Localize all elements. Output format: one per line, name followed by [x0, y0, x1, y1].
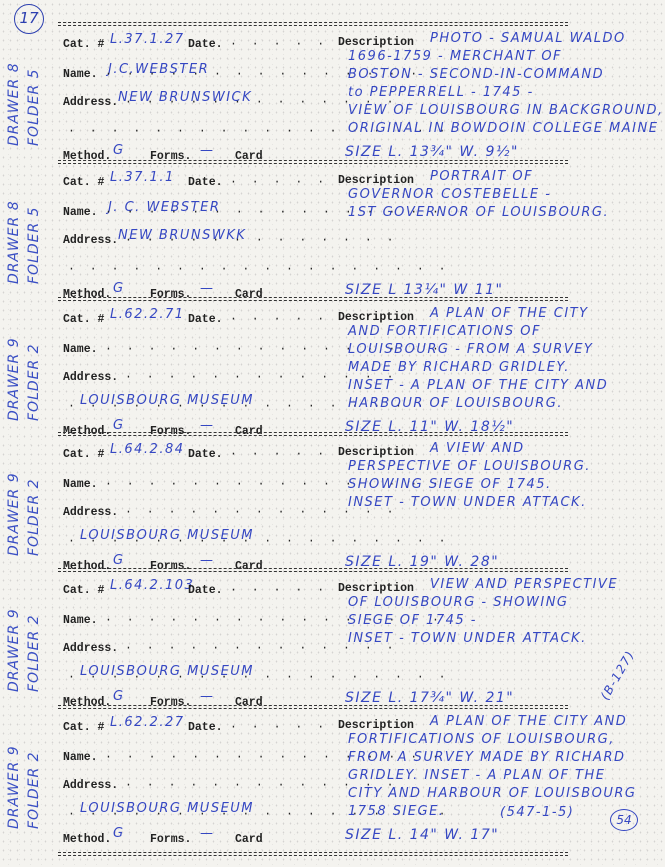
description-line: BOSTON - SECOND-IN-COMMAND [348, 66, 664, 84]
forms-value: — [200, 689, 215, 704]
description-line: PORTRAIT OF [348, 168, 609, 186]
drawer-folder-note: DRAWER 9 FOLDER 2 [4, 582, 54, 692]
address-line2-dots: · · · · · · · · · · · · · · · · · · [68, 535, 450, 548]
method-value: G [113, 826, 125, 841]
forms-value: — [200, 826, 215, 841]
cat-label: Cat. # [63, 313, 104, 326]
date-label: Date. [188, 721, 223, 734]
drawer-label: DRAWER 8 [6, 62, 22, 146]
drawer-folder-note: DRAWER 9 FOLDER 2 [4, 446, 54, 556]
size-value: SIZE L 13¼" W 11" [345, 282, 503, 298]
card-top-rule [58, 297, 568, 301]
method-value: G [113, 281, 125, 296]
description-text: VIEW AND PERSPECTIVEOF LOUISBOURG - SHOW… [348, 576, 618, 648]
date-label: Date. [188, 38, 223, 51]
address-line2-dots: · · · · · · · · · · · · · · · · · · [68, 263, 450, 276]
address-label: Address. [63, 642, 118, 655]
date-dots: · · · · · · [230, 313, 350, 326]
forms-value: — [200, 553, 215, 568]
drawer-label: DRAWER 9 [6, 608, 22, 692]
card-top-rule [58, 568, 568, 572]
card-top-rule [58, 432, 568, 436]
name-label: Name. [63, 206, 98, 219]
forms-value: — [200, 418, 215, 433]
drawer-label: DRAWER 9 [6, 472, 22, 556]
drawer-folder-note: DRAWER 8 FOLDER 5 [4, 174, 54, 284]
name-label: Name. [63, 614, 98, 627]
date-dots: · · · · · · [230, 176, 350, 189]
address-label: Address. [63, 506, 118, 519]
card-top-rule [58, 160, 568, 164]
size-value: SIZE L. 13¾" W. 9½" [345, 144, 519, 160]
description-line: 1ST GOVERNOR OF LOUISBOURG. [348, 204, 609, 222]
description-line: HARBOUR OF LOUISBOURG. [348, 395, 608, 413]
drawer-label: DRAWER 9 [6, 337, 22, 421]
description-line: 1758 SIEGE. [348, 803, 637, 821]
cat-label: Cat. # [63, 448, 104, 461]
address-label: Address. [63, 96, 118, 109]
folder-label: FOLDER 2 [26, 478, 42, 556]
forms-value: — [200, 143, 215, 158]
cat-label: Cat. # [63, 721, 104, 734]
method-value: G [113, 143, 125, 158]
description-text: PHOTO - SAMUAL WALDO1696-1759 - MERCHANT… [348, 30, 664, 138]
size-value: SIZE L. 14" W. 17" [345, 827, 499, 843]
bottom-rule [58, 852, 568, 856]
description-line: ORIGINAL IN BOWDOIN COLLEGE MAINE [348, 120, 664, 138]
cat-label: Cat. # [63, 584, 104, 597]
description-line: PERSPECTIVE OF LOUISBOURG. [348, 458, 591, 476]
description-line: SIEGE OF 1745 - [348, 612, 618, 630]
description-text: A PLAN OF THE CITYAND FORTIFICATIONS OFL… [348, 305, 608, 413]
date-dots: · · · · · · [230, 38, 350, 51]
address-dots: · · · · · · · · · · · · · [125, 234, 398, 247]
card-label: Card [235, 833, 263, 846]
description-line: A PLAN OF THE CITY [348, 305, 608, 323]
description-text: A PLAN OF THE CITY ANDFORTIFICATIONS OF … [348, 713, 637, 821]
catalog-number: L.64.2.84 [110, 442, 185, 457]
description-line: INSET - A PLAN OF THE CITY AND [348, 377, 608, 395]
drawer-label: DRAWER 9 [6, 745, 22, 829]
description-line: SHOWING SIEGE OF 1745. [348, 476, 591, 494]
description-text: A VIEW ANDPERSPECTIVE OF LOUISBOURG.SHOW… [348, 440, 591, 512]
catalog-number: L.37.1.1 [110, 170, 175, 185]
date-dots: · · · · · · [230, 448, 350, 461]
circled-page-note: 54 [610, 809, 638, 831]
name-label: Name. [63, 478, 98, 491]
description-line: MADE BY RICHARD GRIDLEY. [348, 359, 608, 377]
drawer-folder-note: DRAWER 8 FOLDER 5 [4, 36, 54, 146]
description-line: VIEW AND PERSPECTIVE [348, 576, 618, 594]
name-label: Name. [63, 343, 98, 356]
description-line: 1696-1759 - MERCHANT OF [348, 48, 664, 66]
folder-label: FOLDER 2 [26, 751, 42, 829]
description-line: A PLAN OF THE CITY AND [348, 713, 637, 731]
drawer-folder-note: DRAWER 9 FOLDER 2 [4, 719, 54, 829]
name-label: Name. [63, 68, 98, 81]
date-dots: · · · · · · [230, 721, 350, 734]
method-value: G [113, 553, 125, 568]
folder-label: FOLDER 5 [26, 68, 42, 146]
description-line: AND FORTIFICATIONS OF [348, 323, 608, 341]
description-line: GOVERNOR COSTEBELLE - [348, 186, 609, 204]
catalog-number: L.64.2.103 [110, 578, 194, 593]
description-line: FROM A SURVEY MADE BY RICHARD [348, 749, 637, 767]
drawer-folder-note: DRAWER 9 FOLDER 2 [4, 311, 54, 421]
date-label: Date. [188, 313, 223, 326]
address-label: Address. [63, 234, 118, 247]
description-line: OF LOUISBOURG - SHOWING [348, 594, 618, 612]
page-number-circle: 17 [14, 4, 44, 34]
folder-label: FOLDER 2 [26, 343, 42, 421]
description-line: FORTIFICATIONS OF LOUISBOURG, [348, 731, 637, 749]
description-line: INSET - TOWN UNDER ATTACK. [348, 630, 618, 648]
forms-label: Forms. [150, 833, 191, 846]
catalog-number: L.62.2.27 [110, 715, 185, 730]
date-dots: · · · · · · [230, 584, 350, 597]
cat-label: Cat. # [63, 176, 104, 189]
catalog-number: L.37.1.27 [110, 32, 185, 47]
description-line: to PEPPERRELL - 1745 - [348, 84, 664, 102]
card-top-rule [58, 22, 568, 26]
card-top-rule [58, 705, 568, 709]
date-label: Date. [188, 584, 223, 597]
folder-label: FOLDER 2 [26, 614, 42, 692]
description-line: INSET - TOWN UNDER ATTACK. [348, 494, 591, 512]
reference-note: (B-127) [598, 648, 638, 703]
address-label: Address. [63, 779, 118, 792]
catalog-number: L.62.2.71 [110, 307, 185, 322]
size-value: SIZE L. 17¾" W. 21" [345, 690, 514, 706]
reference-note: (547-1-5) [500, 805, 574, 820]
address-line2-dots: · · · · · · · · · · · · · · · · · · [68, 671, 450, 684]
description-line: PHOTO - SAMUAL WALDO [348, 30, 664, 48]
drawer-label: DRAWER 8 [6, 200, 22, 284]
method-label: Method. [63, 833, 111, 846]
description-line: VIEW OF LOUISBOURG IN BACKGROUND, [348, 102, 664, 120]
description-line: LOUISBOURG - FROM A SURVEY [348, 341, 608, 359]
description-line: GRIDLEY. INSET - A PLAN OF THE [348, 767, 637, 785]
cat-label: Cat. # [63, 38, 104, 51]
description-text: PORTRAIT OFGOVERNOR COSTEBELLE -1ST GOVE… [348, 168, 609, 222]
method-value: G [113, 689, 125, 704]
address-label: Address. [63, 371, 118, 384]
folder-label: FOLDER 5 [26, 206, 42, 284]
name-label: Name. [63, 751, 98, 764]
description-line: CITY AND HARBOUR OF LOUISBOURG [348, 785, 637, 803]
date-label: Date. [188, 448, 223, 461]
description-line: A VIEW AND [348, 440, 591, 458]
date-label: Date. [188, 176, 223, 189]
method-value: G [113, 418, 125, 433]
forms-value: — [200, 281, 215, 296]
